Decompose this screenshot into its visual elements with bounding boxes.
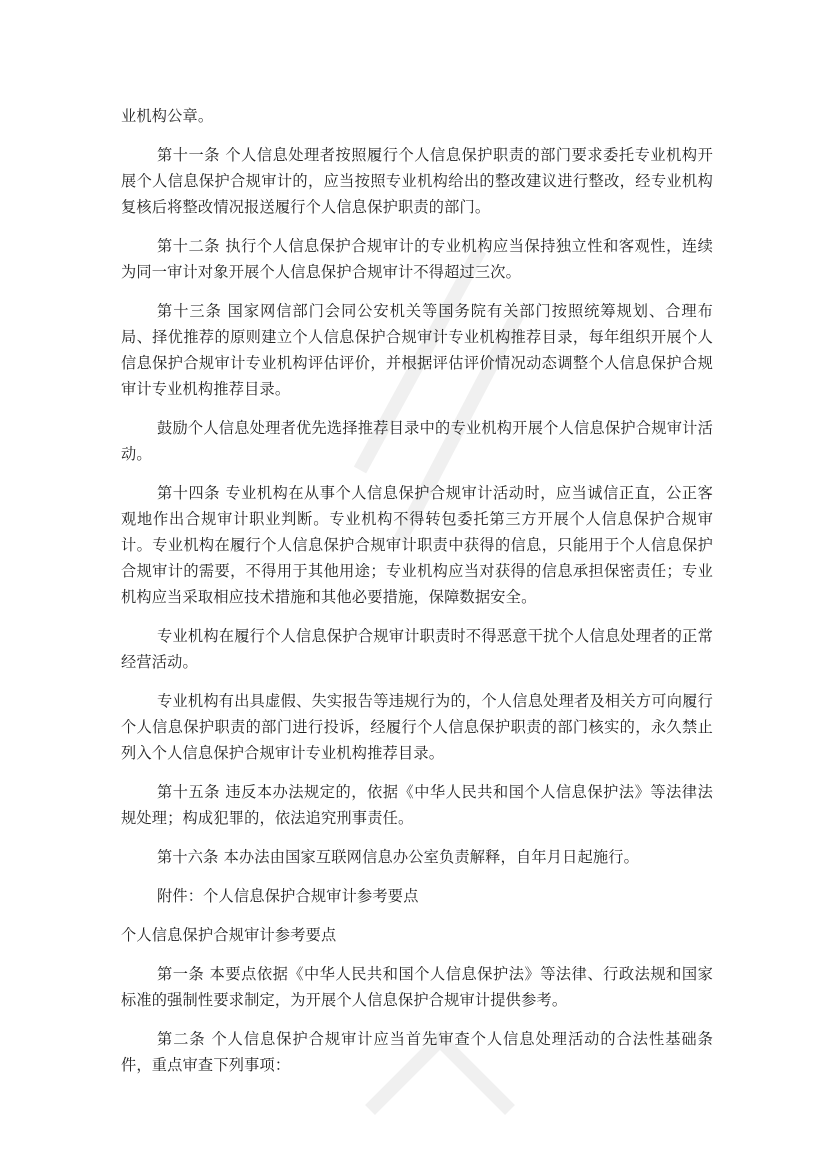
paragraph-fragment: 业机构公章。 — [121, 103, 713, 129]
document-page: 业机构公章。 第十一条 个人信息处理者按照履行个人信息保护职责的部门要求委托专业… — [0, 0, 830, 1174]
annex-article-2: 第二条 个人信息保护合规审计应当首先审查个人信息处理活动的合法性基础条件，重点审… — [121, 1026, 713, 1078]
article-13: 第十三条 国家网信部门会同公安机关等国务院有关部门按照统筹规划、合理布局、择优推… — [121, 298, 713, 402]
document-body: 业机构公章。 第十一条 个人信息处理者按照履行个人信息保护职责的部门要求委托专业… — [121, 103, 713, 1091]
annex-title: 个人信息保护合规审计参考要点 — [121, 922, 713, 948]
article-16: 第十六条 本办法由国家互联网信息办公室负责解释，自年月日起施行。 — [121, 844, 713, 870]
article-11: 第十一条 个人信息处理者按照履行个人信息保护职责的部门要求委托专业机构开展个人信… — [121, 142, 713, 220]
article-15: 第十五条 违反本办法规定的，依据《中华人民共和国个人信息保护法》等法律法规处理；… — [121, 779, 713, 831]
annex-article-1: 第一条 本要点依据《中华人民共和国个人信息保护法》等法律、行政法规和国家标准的强… — [121, 961, 713, 1013]
article-14-complaint: 专业机构有出具虚假、失实报告等违规行为的，个人信息处理者及相关方可向履行个人信息… — [121, 688, 713, 766]
article-13-encourage: 鼓励个人信息处理者优先选择推荐目录中的专业机构开展个人信息保护合规审计活动。 — [121, 415, 713, 467]
article-14-no-interference: 专业机构在履行个人信息保护合规审计职责时不得恶意干扰个人信息处理者的正常经营活动… — [121, 623, 713, 675]
article-12: 第十二条 执行个人信息保护合规审计的专业机构应当保持独立性和客观性，连续为同一审… — [121, 233, 713, 285]
article-14: 第十四条 专业机构在从事个人信息保护合规审计活动时，应当诚信正直，公正客观地作出… — [121, 480, 713, 610]
attachment-line: 附件：个人信息保护合规审计参考要点 — [121, 883, 713, 909]
